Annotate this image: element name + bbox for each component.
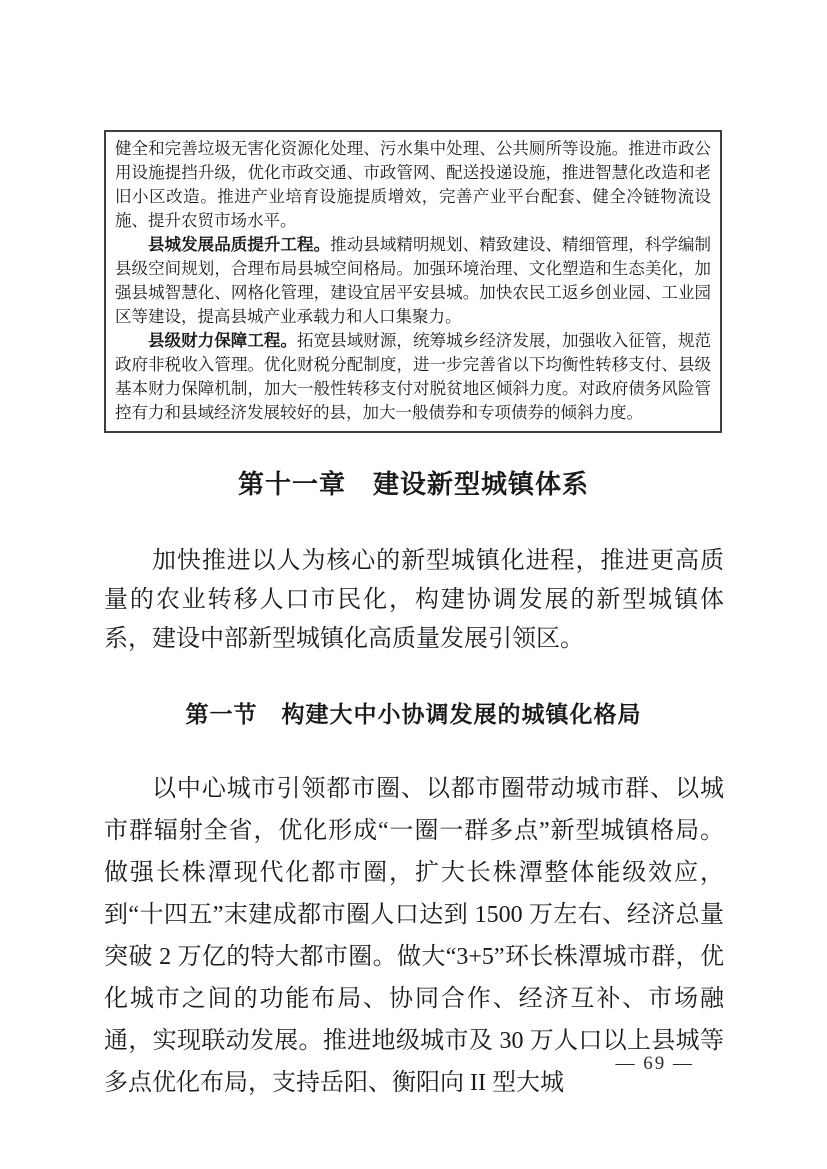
chapter-intro-paragraph: 加快推进以人为核心的新型城镇化进程，推进更高质量的农业转移人口市民化，构建协调发…: [104, 542, 724, 659]
box-paragraph-1-text: 健全和完善垃圾无害化资源化处理、污水集中处理、公共厕所等设施。推进市政公用设施提…: [115, 139, 711, 230]
box-paragraph-2: 县城发展品质提升工程。推动县域精明规划、精致建设、精细管理，科学编制县级空间规划…: [115, 233, 711, 329]
section-title: 第一节 构建大中小协调发展的城镇化格局: [0, 700, 827, 730]
document-page: 健全和完善垃圾无害化资源化处理、污水集中处理、公共厕所等设施。推进市政公用设施提…: [0, 0, 827, 1169]
box-paragraph-3: 县级财力保障工程。拓宽县域财源，统筹城乡经济发展，加强收入征管，规范政府非税收入…: [115, 329, 711, 425]
box-paragraph-1: 健全和完善垃圾无害化资源化处理、污水集中处理、公共厕所等设施。推进市政公用设施提…: [115, 137, 711, 233]
callout-box: 健全和完善垃圾无害化资源化处理、污水集中处理、公共厕所等设施。推进市政公用设施提…: [104, 130, 722, 433]
chapter-title: 第十一章 建设新型城镇体系: [0, 468, 827, 500]
box-paragraph-2-lead: 县城发展品质提升工程。: [148, 235, 330, 254]
page-number: — 69 —: [616, 1052, 695, 1076]
box-paragraph-3-lead: 县级财力保障工程。: [148, 331, 297, 350]
